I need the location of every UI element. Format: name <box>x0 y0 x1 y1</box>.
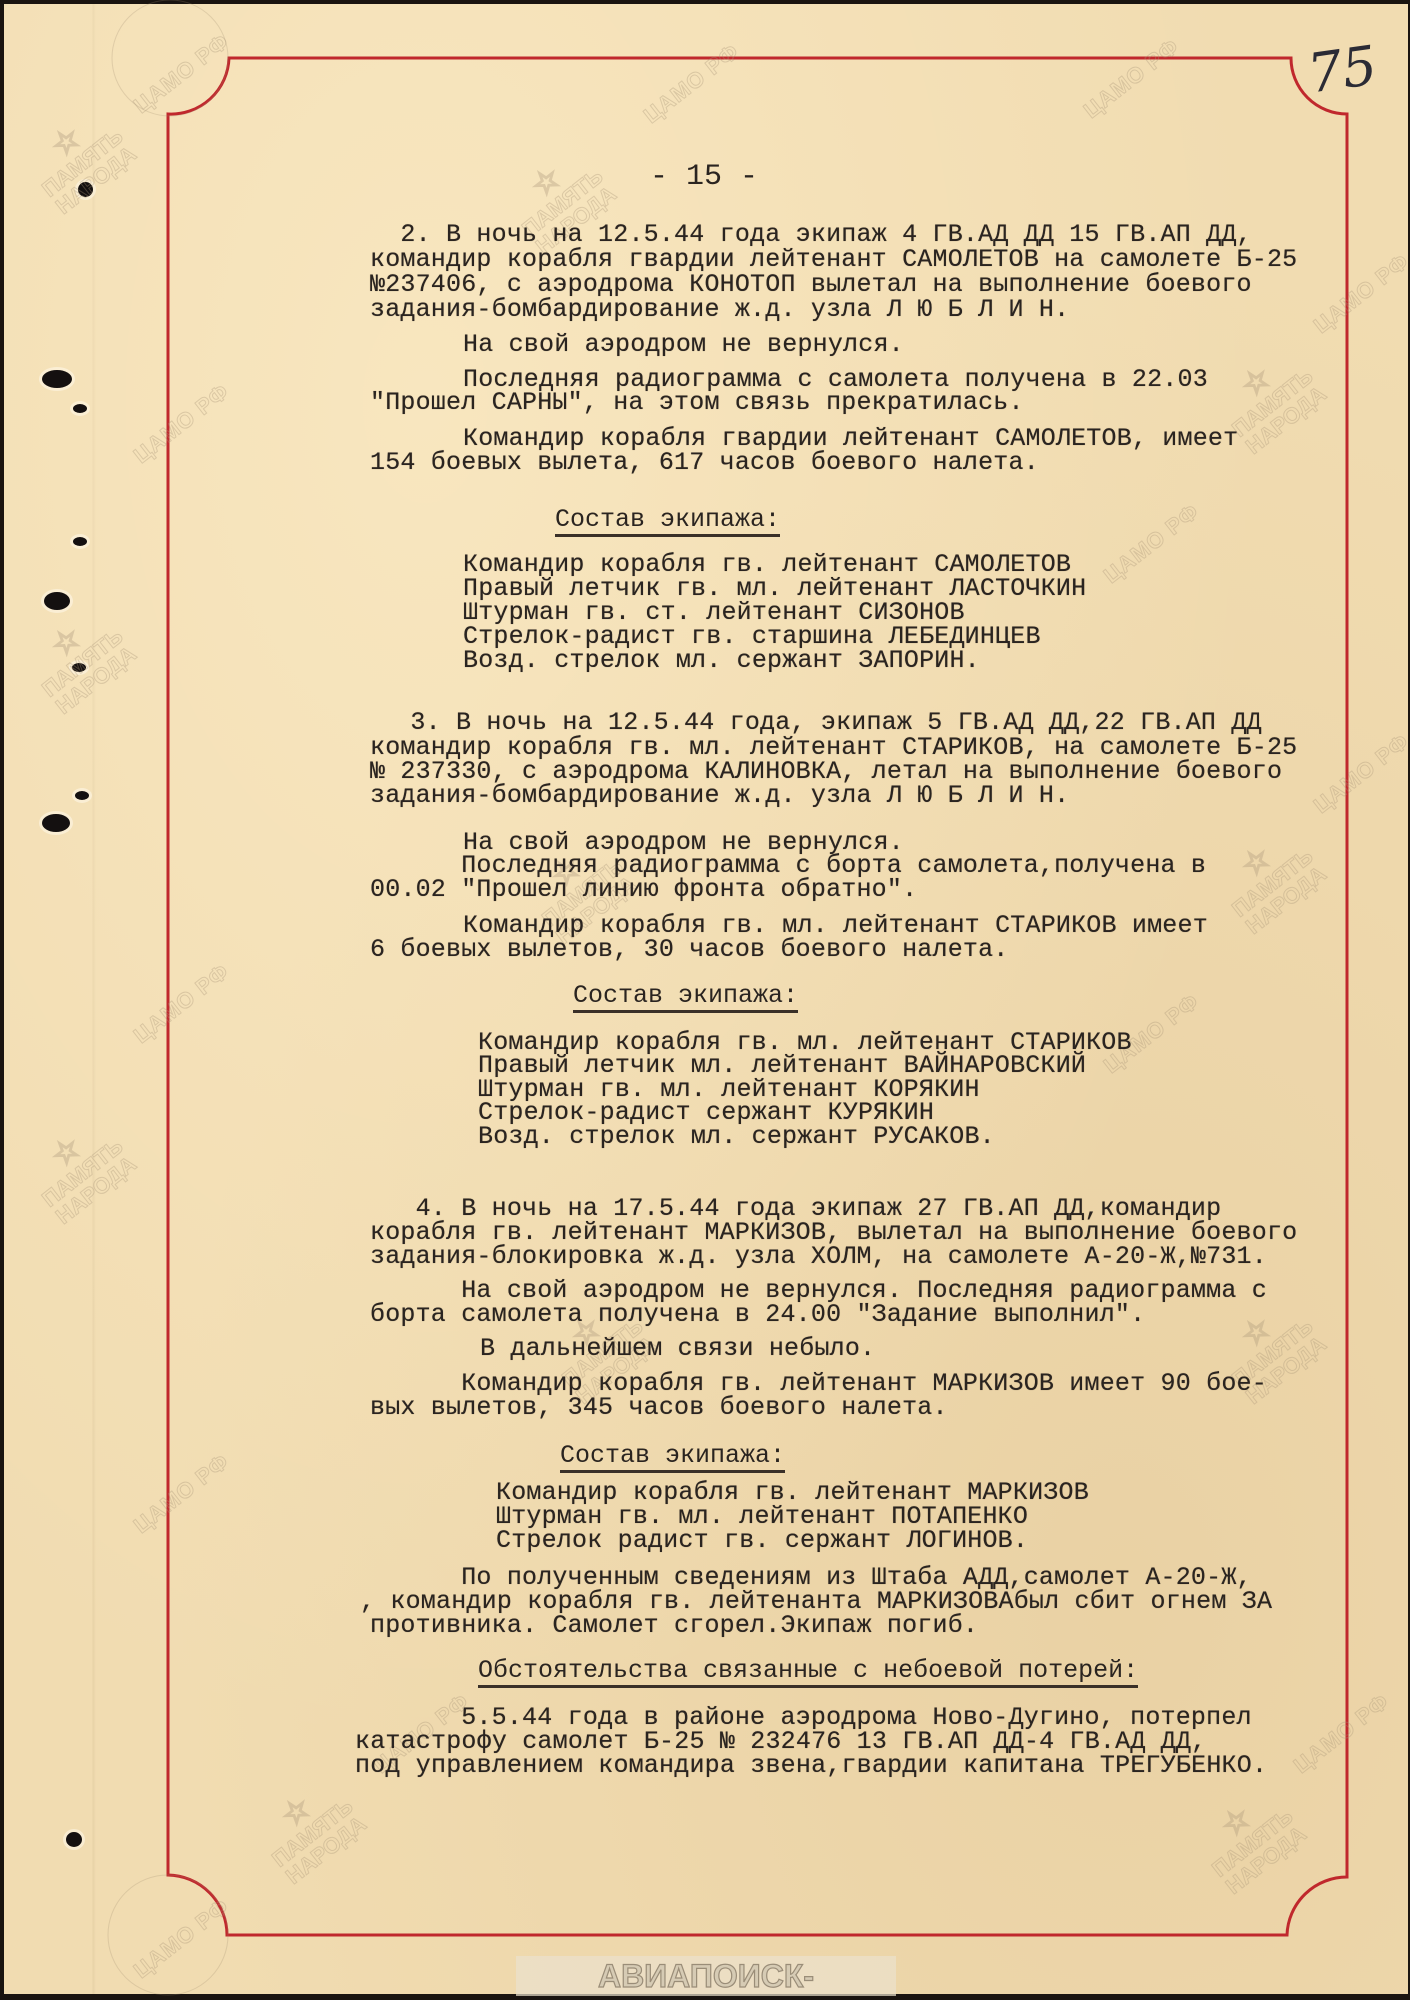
non-combat-heading: Обстоятельства связанные с небоевой поте… <box>478 1658 1138 1688</box>
radio-text: 00.02 "Прошел линию фронта обратно". <box>370 877 917 902</box>
binding-hole <box>42 370 72 388</box>
radio-text: борта самолета получена в 24.00 "Задание… <box>370 1302 1145 1327</box>
section-2-line: командир корабля гвардии лейтенант САМОЛ… <box>370 247 1297 272</box>
archive-sheet-number: 75 <box>1304 34 1381 106</box>
not-returned-text: На свой аэродром не вернулся. <box>463 332 904 357</box>
section-2-line: задания-бомбардирование ж.д. узла Л Ю Б … <box>370 297 1069 322</box>
section-2-line: 2. В ночь на 12.5.44 года экипаж 4 ГВ.АД… <box>370 222 1252 247</box>
binding-hole <box>42 814 70 832</box>
commander-text: вых вылетов, 345 часов боевого налета. <box>370 1395 948 1420</box>
page-number: - 15 - <box>650 160 758 194</box>
crew-member: Возд. стрелок мл. сержант РУСАКОВ. <box>478 1124 995 1149</box>
binding-hole <box>44 592 70 610</box>
binding-hole <box>66 1832 82 1847</box>
section-4-line: задания-блокировка ж.д. узла ХОЛМ, на са… <box>370 1244 1267 1269</box>
non-combat-line: под управлением командира звена,гвардии … <box>355 1753 1267 1778</box>
section-3-line: 3. В ночь на 12.5.44 года, экипаж 5 ГВ.А… <box>380 710 1262 735</box>
section-3-line: задания-бомбардирование ж.д. узла Л Ю Б … <box>370 783 1069 808</box>
crew-heading: Состав экипажа: <box>555 507 780 537</box>
binding-hole <box>75 791 89 800</box>
crew-member: Стрелок радист гв. сержант ЛОГИНОВ. <box>496 1528 1028 1553</box>
footer-watermark: АВИАПОИСК-БРЕСТ.БЕЛ <box>516 1956 896 1996</box>
commander-text: 154 боевых вылета, 617 часов боевого нал… <box>370 450 1039 475</box>
commander-text: 6 боевых вылетов, 30 часов боевого налет… <box>370 937 1009 962</box>
binding-hole <box>73 404 87 413</box>
radio-text: "Прошел САРНЫ", на этом связь прекратила… <box>370 390 1024 415</box>
section-2-line: №237406, с аэродрома КОНОТОП вылетал на … <box>370 272 1252 297</box>
crew-member: Возд. стрелок мл. сержант ЗАПОРИН. <box>463 648 980 673</box>
binding-hole <box>73 537 87 546</box>
no-contact-text: В дальнейшем связи небыло. <box>480 1336 875 1361</box>
crew-heading: Состав экипажа: <box>560 1443 785 1473</box>
crew-heading: Состав экипажа: <box>573 983 798 1013</box>
fate-text: противника. Самолет сгорел.Экипаж погиб. <box>370 1613 978 1638</box>
